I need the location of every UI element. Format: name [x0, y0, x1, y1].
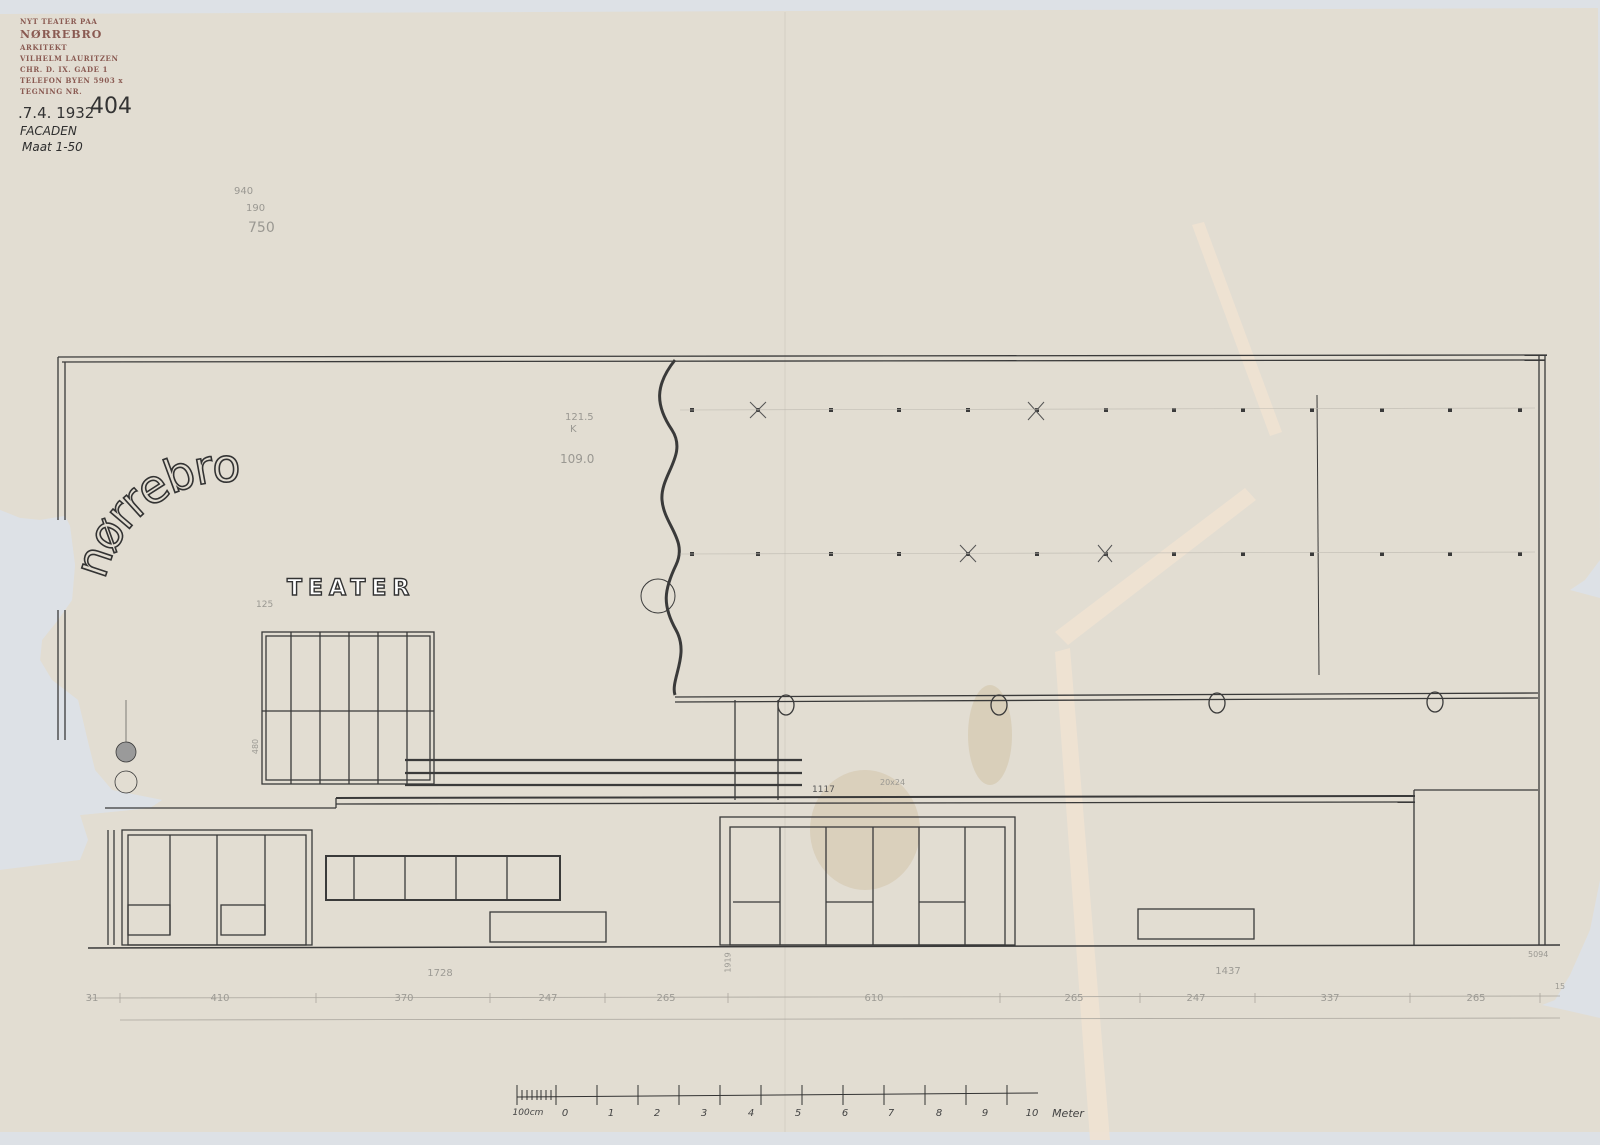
- pencil-note-c: 109.0: [560, 452, 594, 466]
- title-block-line3: ARKITEKT: [20, 44, 123, 51]
- pencil-note-f: 1117: [812, 785, 835, 795]
- title-block-project: NØRREBRO: [20, 29, 123, 40]
- dim-seg: 15: [1555, 982, 1565, 991]
- dim-seg: 247: [538, 993, 557, 1004]
- pencil-note-b: K: [570, 424, 577, 435]
- pencil-calc-top: 940: [234, 186, 253, 197]
- scale-tick-label: 9: [982, 1108, 988, 1119]
- scale-unit: Meter: [1052, 1107, 1084, 1120]
- dim-seg: 410: [210, 993, 229, 1004]
- scale-tick-label: 2: [654, 1108, 660, 1119]
- pencil-calc-result: 750: [248, 220, 275, 236]
- scale-tick-label: 1: [608, 1108, 614, 1119]
- scale-tick-label: 5: [795, 1108, 801, 1119]
- dim-seg: 370: [394, 993, 413, 1004]
- pencil-calc-mid: 190: [246, 203, 265, 214]
- drawing-date: .7.4. 1932: [18, 104, 94, 122]
- dim-seg: 265: [1064, 993, 1083, 1004]
- dim-seg: 610: [864, 993, 883, 1004]
- title-block-address: CHR. D. IX. GADE 1: [20, 66, 123, 73]
- dim-seg: 337: [1320, 993, 1339, 1004]
- drawing-sheet: nørrebro: [0, 0, 1600, 1145]
- title-block: NYT TEATER PAA NØRREBRO ARKITEKT VILHELM…: [20, 18, 123, 99]
- scale-note: Maat 1-50: [22, 140, 83, 154]
- pencil-note-g: 480: [251, 739, 260, 754]
- sheet-title: FACADEN: [20, 124, 77, 138]
- dim-overall-left: 1728: [427, 968, 452, 979]
- pencil-note-i: 5094: [1528, 950, 1548, 959]
- title-block-phone: TELEFON BYEN 5903 x: [20, 77, 123, 84]
- scale-tick-label: 4: [748, 1108, 754, 1119]
- scale-left-label: 100cm: [513, 1108, 544, 1118]
- scale-tick-label: 6: [842, 1108, 848, 1119]
- title-block-line1: NYT TEATER PAA: [20, 18, 123, 25]
- scale-tick-label: 8: [936, 1108, 942, 1119]
- dim-overall-right: 1437: [1215, 966, 1240, 977]
- dim-seg: 265: [1466, 993, 1485, 1004]
- scale-tick-label: 10: [1026, 1108, 1039, 1119]
- scale-tick-label: 3: [701, 1108, 707, 1119]
- pencil-note-e: 20x24: [880, 778, 905, 787]
- drawing-number: 404: [90, 94, 132, 119]
- pencil-note-h: 1919: [724, 952, 733, 972]
- scale-tick-label: 0: [562, 1108, 568, 1119]
- dim-seg: 247: [1186, 993, 1205, 1004]
- title-block-architect: VILHELM LAURITZEN: [20, 55, 123, 62]
- dim-seg: 265: [656, 993, 675, 1004]
- scale-tick-label: 7: [888, 1108, 894, 1119]
- sign-block-text: TEATER: [287, 576, 415, 601]
- pencil-note-d: 125: [256, 600, 273, 610]
- dim-seg: 31: [86, 993, 99, 1004]
- pencil-note-a: 121.5: [565, 412, 594, 423]
